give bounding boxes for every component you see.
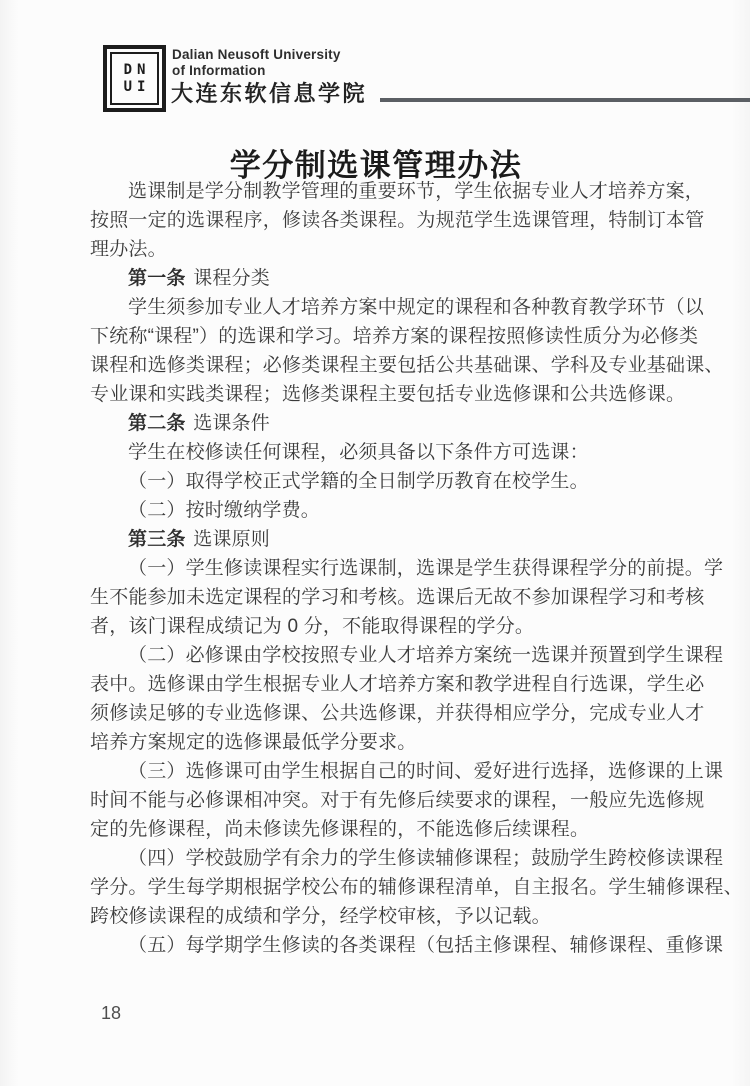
line-text: 专业课和实践类课程；选修类课程主要包括专业选修课和公共选修课。 bbox=[90, 384, 685, 405]
line-text: 按照一定的选课程序，修读各类课程。为规范学生选课管理，特制订本管 bbox=[90, 210, 704, 231]
body-line: 专业课和实践类课程；选修类课程主要包括专业选修课和公共选修课。 bbox=[90, 380, 672, 409]
line-text: 表中。选修课由学生根据专业人才培养方案和教学进程自行选课，学生必 bbox=[90, 674, 704, 695]
body-line: （二）必修课由学校按照专业人才培养方案统一选课并预置到学生课程 bbox=[90, 641, 672, 670]
body-line: 跨校修读课程的成绩和学分，经学校审核，予以记载。 bbox=[90, 902, 672, 931]
line-text: 须修读足够的专业选修课、公共选修课，并获得相应学分，完成专业人才 bbox=[90, 703, 704, 724]
body-line: 表中。选修课由学生根据专业人才培养方案和教学进程自行选课，学生必 bbox=[90, 670, 672, 699]
body-line: 按照一定的选课程序，修读各类课程。为规范学生选课管理，特制订本管 bbox=[90, 206, 672, 235]
body-line: 须修读足够的专业选修课、公共选修课，并获得相应学分，完成专业人才 bbox=[90, 699, 672, 728]
logo-letters-bottom: UI bbox=[119, 79, 151, 95]
body-line: 选课制是学分制教学管理的重要环节，学生依据专业人才培养方案， bbox=[90, 177, 672, 206]
university-name-chinese: 大连东软信息学院 bbox=[171, 77, 367, 108]
university-name-english: Dalian Neusoft University of Information bbox=[172, 47, 341, 79]
body-line: （一）学生修读课程实行选课制，选课是学生获得课程学分的前提。学 bbox=[90, 554, 672, 583]
body-line: 理办法。 bbox=[90, 235, 672, 264]
line-text: 学生须参加专业人才培养方案中规定的课程和各种教育教学环节（以 bbox=[128, 297, 704, 318]
page-header: DN UI Dalian Neusoft University of Infor… bbox=[0, 0, 750, 115]
line-text: 课程分类 bbox=[193, 268, 270, 289]
body-line: 第一条课程分类 bbox=[90, 264, 672, 293]
line-text: 定的先修课程，尚未修读先修课程的，不能选修后续课程。 bbox=[90, 819, 589, 840]
line-text: 生不能参加未选定课程的学习和考核。选课后无故不参加课程学习和考核 bbox=[90, 587, 704, 608]
line-text: （二）必修课由学校按照专业人才培养方案统一选课并预置到学生课程 bbox=[128, 645, 723, 666]
body-line: （一）取得学校正式学籍的全日制学历教育在校学生。 bbox=[90, 467, 672, 496]
body-line: 时间不能与必修课相冲突。对于有先修后续要求的课程，一般应先选修规 bbox=[90, 786, 672, 815]
body-line: 者，该门课程成绩记为 0 分，不能取得课程的学分。 bbox=[90, 612, 672, 641]
university-logo: DN UI bbox=[103, 45, 166, 112]
line-text: （一）学生修读课程实行选课制，选课是学生获得课程学分的前提。学 bbox=[128, 558, 723, 579]
line-text: 理办法。 bbox=[90, 239, 167, 260]
document-body: 选课制是学分制教学管理的重要环节，学生依据专业人才培养方案，按照一定的选课程序，… bbox=[90, 177, 672, 960]
body-line: 课程和选修类课程；必修类课程主要包括公共基础课、学科及专业基础课、 bbox=[90, 351, 672, 380]
clause-label: 第一条 bbox=[128, 268, 186, 289]
body-line: （三）选修课可由学生根据自己的时间、爱好进行选择，选修课的上课 bbox=[90, 757, 672, 786]
line-text: 选课条件 bbox=[193, 413, 270, 434]
clause-label: 第二条 bbox=[128, 413, 186, 434]
line-text: （四）学校鼓励学有余力的学生修读辅修课程；鼓励学生跨校修读课程 bbox=[128, 848, 723, 869]
page-number: 18 bbox=[101, 1003, 121, 1024]
line-text: 学生在校修读任何课程，必须具备以下条件方可选课： bbox=[128, 442, 589, 463]
body-line: 培养方案规定的选修课最低学分要求。 bbox=[90, 728, 672, 757]
body-line: （五）每学期学生修读的各类课程（包括主修课程、辅修课程、重修课 bbox=[90, 931, 672, 960]
line-text: （五）每学期学生修读的各类课程（包括主修课程、辅修课程、重修课 bbox=[128, 935, 723, 956]
body-line: 下统称“课程”）的选课和学习。培养方案的课程按照修读性质分为必修类 bbox=[90, 322, 672, 351]
line-text: 培养方案规定的选修课最低学分要求。 bbox=[90, 732, 416, 753]
line-text: （一）取得学校正式学籍的全日制学历教育在校学生。 bbox=[128, 471, 589, 492]
line-text: 选课制是学分制教学管理的重要环节，学生依据专业人才培养方案， bbox=[128, 181, 704, 202]
body-line: 生不能参加未选定课程的学习和考核。选课后无故不参加课程学习和考核 bbox=[90, 583, 672, 612]
clause-label: 第三条 bbox=[128, 529, 186, 550]
line-text: 跨校修读课程的成绩和学分，经学校审核，予以记载。 bbox=[90, 906, 551, 927]
body-line: （二）按时缴纳学费。 bbox=[90, 496, 672, 525]
body-line: （四）学校鼓励学有余力的学生修读辅修课程；鼓励学生跨校修读课程 bbox=[90, 844, 672, 873]
body-line: 第三条选课原则 bbox=[90, 525, 672, 554]
body-line: 学生在校修读任何课程，必须具备以下条件方可选课： bbox=[90, 438, 672, 467]
line-text: 者，该门课程成绩记为 0 分，不能取得课程的学分。 bbox=[90, 616, 534, 637]
university-logo-inner-frame: DN UI bbox=[110, 52, 159, 105]
body-line: 学分。学生每学期根据学校公布的辅修课程清单，自主报名。学生辅修课程、 bbox=[90, 873, 672, 902]
line-text: 选课原则 bbox=[193, 529, 270, 550]
header-divider-line bbox=[380, 98, 750, 102]
line-text: 时间不能与必修课相冲突。对于有先修后续要求的课程，一般应先选修规 bbox=[90, 790, 704, 811]
university-name-english-line1: Dalian Neusoft University bbox=[172, 47, 341, 63]
line-text: 课程和选修类课程；必修类课程主要包括公共基础课、学科及专业基础课、 bbox=[90, 355, 724, 376]
body-line: 学生须参加专业人才培养方案中规定的课程和各种教育教学环节（以 bbox=[90, 293, 672, 322]
line-text: 学分。学生每学期根据学校公布的辅修课程清单，自主报名。学生辅修课程、 bbox=[90, 877, 743, 898]
body-line: 第二条选课条件 bbox=[90, 409, 672, 438]
line-text: （三）选修课可由学生根据自己的时间、爱好进行选择，选修课的上课 bbox=[128, 761, 723, 782]
logo-letters-top: DN bbox=[119, 62, 151, 78]
line-text: （二）按时缴纳学费。 bbox=[128, 500, 320, 521]
body-line: 定的先修课程，尚未修读先修课程的，不能选修后续课程。 bbox=[90, 815, 672, 844]
line-text: 下统称“课程”）的选课和学习。培养方案的课程按照修读性质分为必修类 bbox=[90, 326, 698, 347]
